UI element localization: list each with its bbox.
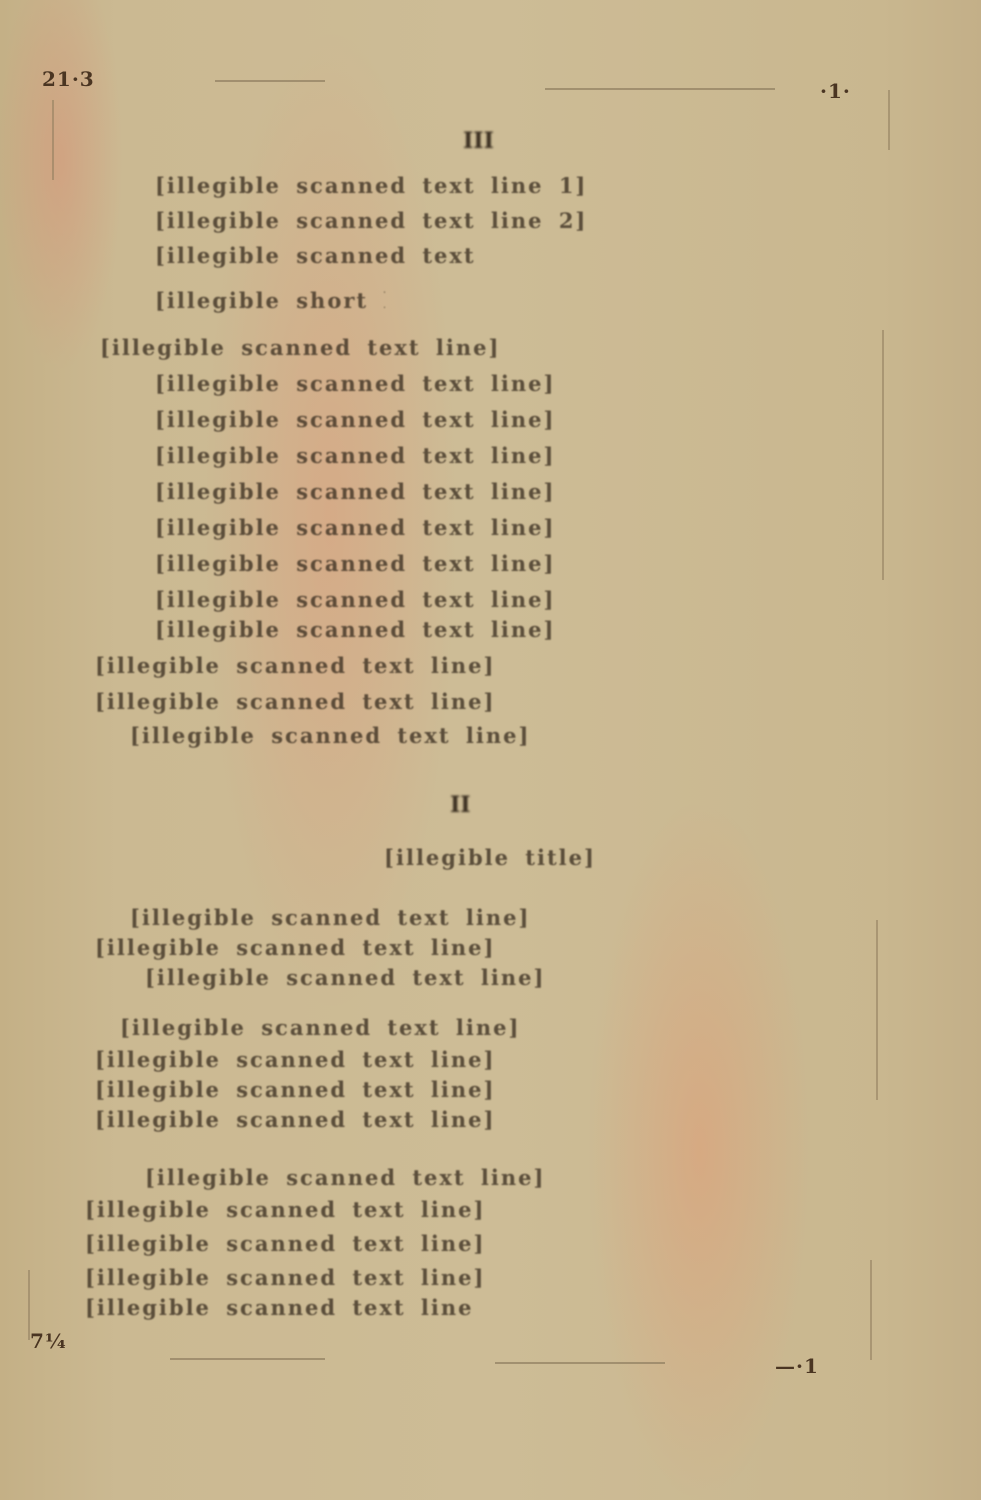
paragraph-line: [illegible scanned text line] — [145, 960, 565, 995]
paragraph-line: [illegible scanned text line] — [155, 546, 845, 581]
left-footer-margin-mark — [28, 1270, 30, 1340]
paragraph-line: [illegible scanned text line] — [145, 1160, 835, 1195]
section-heading: [illegible short heading] — [155, 283, 385, 318]
scanned-book-page: 21·3 ·1· III [illegible scanned text lin… — [0, 0, 981, 1500]
paragraph-line: [illegible scanned text line] — [155, 402, 845, 437]
page-number: III — [463, 128, 494, 154]
paragraph-line: [illegible scanned text line] — [120, 1010, 850, 1045]
header-rule-left — [215, 80, 325, 82]
footer-marginalia-right: —·1 — [775, 1355, 819, 1377]
right-frame-line — [876, 920, 878, 1100]
paragraph-line: [illegible scanned text line] — [155, 612, 715, 647]
paragraph-line: [illegible scanned text line] — [95, 684, 875, 719]
paragraph-line: [illegible scanned text line] — [100, 330, 845, 365]
paragraph-line: [illegible scanned text line] — [85, 1290, 475, 1325]
right-footer-margin-mark — [870, 1260, 872, 1360]
paragraph-line: [illegible scanned text line] — [95, 648, 845, 683]
section-title: [illegible title] — [380, 840, 600, 875]
paragraph-line: [illegible scanned text line] — [85, 1192, 835, 1227]
section-number: II — [450, 792, 471, 818]
header-marginalia-right: ·1· — [820, 80, 851, 102]
paragraph-line: [illegible scanned text line 3] — [155, 238, 485, 273]
paragraph-line: [illegible scanned text line 1] — [155, 168, 845, 203]
header-rule-right — [545, 88, 775, 90]
paragraph-line: [illegible scanned text line] — [155, 474, 845, 509]
footer-marginalia-left: 7¼ — [30, 1330, 67, 1352]
header-marginalia-left: 21·3 — [42, 68, 95, 90]
paragraph-line: [illegible scanned text line] — [155, 438, 845, 473]
paragraph-line: [illegible scanned text line] — [130, 718, 845, 753]
paragraph-line: [illegible scanned text line] — [85, 1226, 835, 1261]
paragraph-line: [illegible scanned text line] — [155, 366, 845, 401]
right-margin-mark — [888, 90, 890, 150]
paragraph-line: [illegible scanned text line 2] — [155, 203, 845, 238]
footer-rule-right — [495, 1362, 665, 1364]
paragraph-line: [illegible scanned text line] — [155, 510, 845, 545]
footer-rule-left — [170, 1358, 325, 1360]
paragraph-line: [illegible scanned text line] — [95, 1102, 605, 1137]
right-frame-line-upper — [882, 330, 884, 580]
left-margin-mark — [52, 100, 54, 180]
